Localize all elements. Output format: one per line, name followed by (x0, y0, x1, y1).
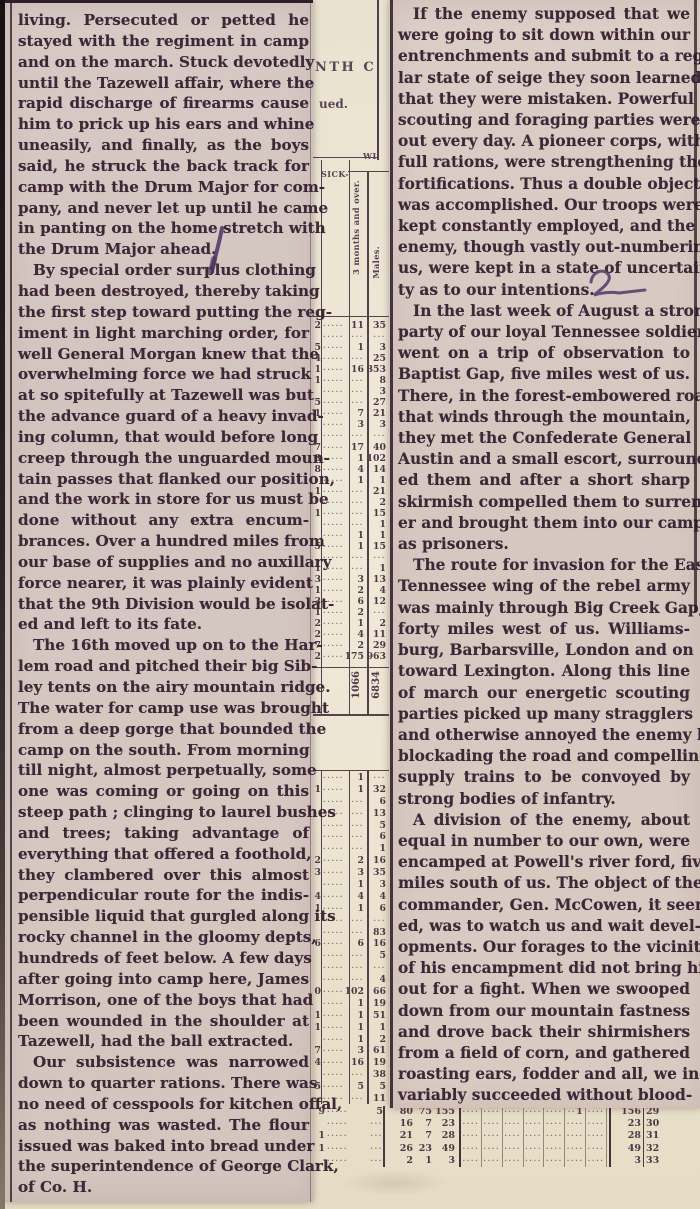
table-cell: 25 (366, 353, 386, 364)
article-text-line: toward Lexington. Along this line (398, 661, 690, 682)
article-text-line: until the Tazewell affair, where the (18, 73, 309, 94)
table-cell: 3 (435, 1155, 455, 1167)
article-text-line: Tennessee wing of the rebel army (398, 576, 690, 597)
table-cell: 16 (340, 364, 364, 375)
table-cell: ··· (366, 430, 386, 441)
article-text-line: perpendicular route for the indis- (18, 885, 309, 906)
dotted-leader: ··· (373, 773, 386, 782)
dotted-leader: ··· (351, 809, 364, 818)
article-text-line: The route for invasion for the East (398, 555, 690, 576)
article-text-line: strong bodies of infantry. (398, 789, 690, 810)
table-cell: ···· (544, 1130, 565, 1142)
table-cell: 1 (366, 530, 386, 541)
table-cell: 16 (366, 938, 386, 950)
table-cell: 2 (366, 618, 386, 629)
article-text-line: down from our mountain fastness (398, 1001, 690, 1022)
table-cell: ···· (482, 1155, 503, 1167)
article-text-line: Austin and a small escort, surround- (398, 449, 690, 470)
census-table-bottom-rows: 9·····58075155······················1···… (313, 1106, 668, 1172)
article-text-line: was mainly through Big Creek Gap, (398, 598, 690, 619)
rotated-header-3-months: 3 months and over. (351, 180, 361, 316)
article-text-line: steep path ; clinging to laurel bushes (18, 802, 309, 823)
table-cell: 1 (313, 1143, 325, 1155)
article-text-line: equal in number to our own, were (398, 831, 690, 852)
article-text-line: forty miles west of us. Williams- (398, 619, 690, 640)
table-row: ·····12 (313, 1034, 390, 1046)
article-text-line: at so spitefully at Tazewell was but (18, 385, 309, 406)
article-text-line: party of our loyal Tennessee soldiers (398, 322, 690, 343)
article-text-line: ing column, that would before long (18, 427, 309, 448)
table-cell: 1 (340, 998, 364, 1010)
dotted-leader: ··· (351, 431, 364, 440)
table-cell: 12 (366, 596, 386, 607)
table-cell: ···· (461, 1118, 482, 1130)
table-row: ·····119 (313, 998, 390, 1010)
table-cell: ··· (355, 1155, 385, 1167)
table-cell: 4 (366, 585, 386, 596)
table-row: 4·····44 (313, 891, 390, 903)
table-cell: 5 (355, 1106, 385, 1118)
table-row: ·····33 (313, 419, 390, 430)
dotted-leader: ··· (351, 498, 364, 507)
article-text-line: out every day. A pioneer corps, with (398, 131, 690, 152)
dotted-leader: ··· (351, 844, 364, 853)
table-cell: 16 (387, 1118, 413, 1130)
table-cell: 2 (366, 1034, 386, 1046)
table-cell: ··· (340, 915, 364, 927)
table-row: 2·····216 (313, 855, 390, 867)
article-text-line: and on the march. Stuck devotedly (18, 52, 309, 73)
table-cell: 1 (313, 1130, 325, 1142)
article-text-line: Tazewell, had the ball extracted. (18, 1031, 309, 1052)
table-cell: 1 (313, 784, 321, 796)
table-cell: ··· (340, 1069, 364, 1081)
left-clipping: living. Persecuted or petted hestayed wi… (5, 0, 313, 1202)
table-cell: 102 (340, 986, 364, 998)
table-cell: 1 (340, 342, 364, 353)
table-cell: 1 (340, 618, 364, 629)
table-row: 4········25 (313, 353, 390, 364)
table-rule (377, 0, 379, 160)
article-text-line: from a field of corn, and gathered (398, 1043, 690, 1064)
table-cell: ··· (340, 430, 364, 441)
article-text-line: commander, Gen. McCowen, it seem- (398, 895, 690, 916)
table-cell: 2 (340, 607, 364, 618)
rotated-header-males: Males. (371, 246, 381, 316)
table-cell: 1 (366, 475, 386, 486)
table-cell: ··· (340, 831, 364, 843)
scan-edge-left (0, 0, 5, 1209)
table-cell: 102 (366, 453, 386, 464)
table-row: ········5 (313, 950, 390, 962)
table-cell: ···· (524, 1118, 545, 1130)
table-cell: ···· (524, 1130, 545, 1142)
table-cell: 21 (366, 408, 386, 419)
column-group-header-sick: SICK- (321, 169, 349, 179)
article-text-line: of Co. H. (18, 1177, 309, 1198)
table-cell: ··· (340, 375, 364, 386)
table-cell: ···· (544, 1143, 565, 1155)
table-cell: 33 (643, 1155, 668, 1167)
table-cell: ···· (503, 1130, 524, 1142)
table-row: 4·····1619 (313, 1057, 390, 1069)
table-cell: 4 (313, 1057, 321, 1069)
dotted-leader: ··· (351, 821, 364, 830)
table-cell: 19 (366, 1057, 386, 1069)
table-row: 2·····175963 (313, 651, 390, 662)
article-text-line: There, in the forest-embowered road (398, 386, 690, 407)
article-text-line: A division of the enemy, about (398, 810, 690, 831)
table-cell: 4 (366, 974, 386, 986)
article-text-line: Morrison, one of the boys that had (18, 990, 309, 1011)
table-row: ········4 (313, 974, 390, 986)
dotted-leader: ··· (351, 975, 364, 984)
table-cell: 11 (366, 1093, 386, 1105)
table-cell: ···· (544, 1118, 565, 1130)
article-text-line: as nothing was wasted. The flour (18, 1115, 309, 1136)
table-cell: ···· (565, 1155, 586, 1167)
table-cell: 0 (313, 986, 321, 998)
article-text-line: been wounded in the shoulder at (18, 1011, 309, 1032)
table-cell: 19 (366, 998, 386, 1010)
dotted-leader: ··· (351, 916, 364, 925)
table-row: 0·····10266 (313, 986, 390, 998)
article-text-line: burg, Barbarsville, London and on (398, 640, 690, 661)
table-cell: 175 (340, 651, 364, 662)
table-cell: 1 (313, 375, 321, 386)
table-row: 6·····616 (313, 938, 390, 950)
table-cell: ··· (366, 331, 386, 342)
table-cell: ··· (340, 552, 364, 563)
table-cell: 4 (340, 464, 364, 475)
table-cell: 1 (340, 475, 364, 486)
table-cell: 13 (366, 808, 386, 820)
dotted-leader: ··· (351, 376, 364, 385)
table-cell: 3 (340, 419, 364, 430)
dotted-leader: ··· (351, 928, 364, 937)
article-text-line: opments. Our forages to the vicinity (398, 937, 690, 958)
table-row: ········6 (313, 831, 390, 843)
column-rule (390, 0, 393, 1108)
table-cell: ··· (340, 353, 364, 364)
article-text-line: that the 9th Division would be isolat- (18, 594, 309, 615)
table-cell: 3 (313, 574, 321, 585)
dotted-leader: ··· (351, 553, 364, 562)
table-cell: ··· (340, 486, 364, 497)
article-text-line: him to prick up his ears and whine (18, 114, 309, 135)
article-text-line: that they were mistaken. Powerful (398, 89, 690, 110)
table-cell: ··· (340, 331, 364, 342)
article-text-line: ed, was to watch us and wait devel- (398, 916, 690, 937)
article-text-line: variably succeeded without blood- (398, 1085, 690, 1106)
dotted-leader: ··· (351, 387, 364, 396)
table-cell: ···· (586, 1118, 607, 1130)
table-cell: 3 (366, 879, 386, 891)
article-text-line: and the work in store for us must be (18, 489, 309, 510)
article-text-line: fortifications. Thus a double object (398, 174, 690, 195)
table-cell: ··· (366, 607, 386, 618)
table-cell: ···· (586, 1155, 607, 1167)
table-row: 5·····55 (313, 1081, 390, 1093)
dotted-leader: ··· (370, 1156, 383, 1165)
table-cell: 15 (366, 541, 386, 552)
article-text-line: and otherwise annoyed the enemy by (398, 725, 690, 746)
table-row: 2·····411 (313, 629, 390, 640)
table-cell: ··· (340, 1093, 364, 1105)
dotted-leader: ··· (351, 951, 364, 960)
table-cell: 14 (366, 464, 386, 475)
article-text-line: and trees; taking advantage of (18, 823, 309, 844)
dotted-leader: ··· (373, 431, 386, 440)
table-cell: 6 (340, 938, 364, 950)
table-cell: 16 (366, 855, 386, 867)
article-text-line: The 16th moved up on to the Har- (18, 635, 309, 656)
article-text-line: after going into camp here, James (18, 969, 309, 990)
table-cell: 3 (340, 867, 364, 879)
table-cell: ··· (355, 1118, 385, 1130)
dotted-cells-zone: ···························· (459, 1118, 607, 1130)
article-text-line: Our subsistence was narrowed (18, 1052, 309, 1073)
table-section-2: ·····1···1·····132········6········13···… (313, 772, 390, 1105)
table-cell: 40 (366, 442, 386, 453)
table-cell: 1 (340, 784, 364, 796)
column-total-1: 1066 (351, 671, 362, 713)
column-rule (10, 3, 12, 1202)
article-text-line: roasting ears, fodder and all, we in- (398, 1064, 690, 1085)
table-cell: 5 (366, 950, 386, 962)
article-text-line: creep through the unguarded moun- (18, 448, 309, 469)
article-text-line: well General Morgan knew that the (18, 344, 309, 365)
table-cell: 21 (366, 486, 386, 497)
table-rule (313, 770, 390, 771)
article-text-line: ed and left to its fate. (18, 614, 309, 635)
table-cell: ··· (340, 950, 364, 962)
table-cell: 3 (609, 1155, 641, 1167)
table-row: 1·····16353 (313, 364, 390, 375)
table-cell: 16 (340, 1057, 364, 1069)
article-text-line: iment in light marching order, for (18, 323, 309, 344)
left-column-text: living. Persecuted or petted hestayed wi… (18, 10, 309, 1198)
table-cell: ···· (565, 1143, 586, 1155)
table-cell: 1 (416, 1155, 432, 1167)
article-text-line: miles south of us. The object of their (398, 873, 690, 894)
table-cell: ···· (565, 1130, 586, 1142)
article-text-line: pany, and never let up until he came (18, 198, 309, 219)
table-cell: 5 (340, 1081, 364, 1093)
table-cell: 35 (366, 867, 386, 879)
article-text-line: overwhelming force we had struck (18, 364, 309, 385)
article-text-line: ty as to our intentions. (398, 280, 690, 301)
table-cell: ··· (340, 796, 364, 808)
table-cell: 49 (609, 1143, 641, 1155)
table-cell: 61 (366, 1045, 386, 1057)
rotated-header-text: 3 months and over. (351, 180, 361, 275)
dotted-leader: ··· (351, 509, 364, 518)
article-text-line: the advance guard of a heavy invad- (18, 406, 309, 427)
table-cell: 1 (340, 530, 364, 541)
article-text-line: out for a fight. When we swooped (398, 979, 690, 1000)
dotted-leader: ··· (351, 1094, 364, 1103)
dotted-leader: ··· (351, 332, 364, 341)
table-cell: 30 (643, 1118, 668, 1130)
dotted-leader: ··· (351, 832, 364, 841)
masthead-fragment: NTH C (315, 60, 376, 75)
table-cell: ···· (503, 1118, 524, 1130)
table-cell: 4 (340, 629, 364, 640)
table-cell: 23 (609, 1118, 641, 1130)
article-text-line: as prisoners. (398, 534, 690, 555)
table-cell: ···· (482, 1130, 503, 1142)
table-cell: 28 (609, 1130, 641, 1142)
table-cell: 1 (340, 1022, 364, 1034)
table-cell: ··· (340, 397, 364, 408)
article-text-line: supply trains to be convoyed by (398, 767, 690, 788)
article-text-line: issued was baked into bread under (18, 1136, 309, 1157)
table-cell: 5 (366, 820, 386, 832)
table-rule (348, 171, 390, 172)
table-cell: 1 (313, 1010, 321, 1022)
rotated-header-text: Males. (371, 246, 381, 279)
dotted-leader: ··· (370, 1119, 383, 1128)
table-cell: 3 (340, 574, 364, 585)
article-text-line: blockading the road and compelling (398, 746, 690, 767)
article-text-line: pensible liquid that gurgled along its (18, 906, 309, 927)
dotted-cells-zone: ···························· (459, 1130, 607, 1142)
table-cell: ··· (340, 808, 364, 820)
table-cell: ··· (366, 552, 386, 563)
table-cell: 1 (340, 879, 364, 891)
table-cell: ··· (340, 820, 364, 832)
table-cell: 31 (643, 1130, 668, 1142)
table-row: 1········262349·························… (313, 1143, 668, 1155)
table-row: ·····1··· (313, 772, 390, 784)
article-text-line: of his encampment did not bring him (398, 958, 690, 979)
table-cell: ··· (355, 1130, 385, 1142)
article-text-line: went on a trip of observation to (398, 343, 690, 364)
table-cell: ··· (366, 962, 386, 974)
article-text-line: lar state of seige they soon learned (398, 68, 690, 89)
dotted-leader: ··· (351, 1070, 364, 1079)
table-cell: 6 (366, 903, 386, 915)
table-cell: 1 (340, 1034, 364, 1046)
total-text: 1066 (351, 671, 362, 699)
table-row: ········3 (313, 386, 390, 397)
table-cell: ··· (340, 974, 364, 986)
table-cell: ···· (461, 1155, 482, 1167)
article-text-line: us, were kept in a state of uncertain- (398, 258, 690, 279)
dotted-leader: ··· (373, 916, 386, 925)
article-text-line: kept constantly employed, and the (398, 216, 690, 237)
article-text-line: ley tents on the airy mountain ridge. (18, 677, 309, 698)
table-cell: 66 (366, 986, 386, 998)
table-cell: 11 (366, 629, 386, 640)
table-row: ········1 (313, 519, 390, 530)
table-row: ········1 (313, 843, 390, 855)
article-text-line: our base of supplies and no auxillary (18, 552, 309, 573)
table-cell: 21 (387, 1130, 413, 1142)
article-text-line: Baptist Gap, five miles west of us. (398, 364, 690, 385)
article-text-line: In the last week of August a strong (398, 301, 690, 322)
table-cell: 27 (366, 397, 386, 408)
dotted-cells-zone: ···························· (459, 1155, 607, 1167)
table-cell: ··· (340, 508, 364, 519)
table-cell: 3 (366, 342, 386, 353)
column-total-2: 6834 (371, 671, 382, 713)
article-text-line: By special order surplus clothing (18, 260, 309, 281)
dotted-leader: ··· (373, 332, 386, 341)
article-text-line: and drove back their shirmishers (398, 1022, 690, 1043)
article-text-line: had been destroyed, thereby taking (18, 281, 309, 302)
table-cell: 3 (366, 419, 386, 430)
article-text-line: lem road and pitched their big Sib- (18, 656, 309, 677)
article-text-line: full rations, were strengthening the (398, 152, 690, 173)
article-text-line: encamped at Powell's river ford, five (398, 852, 690, 873)
article-text-line: down to quarter rations. There was (18, 1073, 309, 1094)
article-text-line: camp on the south. From morning (18, 740, 309, 761)
column-group-header-wi: WI (363, 151, 377, 161)
table-cell: 4 (366, 891, 386, 903)
table-cell: 5 (366, 1081, 386, 1093)
table-cell: ··· (366, 915, 386, 927)
table-cell: ···· (503, 1143, 524, 1155)
table-row: ········38 (313, 1069, 390, 1081)
article-text-line: parties picked up many stragglers (398, 704, 690, 725)
article-text-line: force nearer, it was plainly evident (18, 573, 309, 594)
table-cell: 32 (366, 784, 386, 796)
table-cell: 49 (435, 1143, 455, 1155)
article-text-line: brances. Over a hundred miles from (18, 531, 309, 552)
table-row: ·····13 (313, 879, 390, 891)
table-cell: 3 (366, 386, 386, 397)
article-text-line: scouting and foraging parties were (398, 110, 690, 131)
dotted-leader: ··· (351, 487, 364, 496)
dotted-cells-zone: ···························· (459, 1143, 607, 1155)
table-cell: ···· (524, 1143, 545, 1155)
article-text-line: from a deep gorge that bounded the (18, 719, 309, 740)
table-cell: 83 (366, 927, 386, 939)
table-cell: 7 (313, 1045, 321, 1057)
table-cell: ···· (586, 1143, 607, 1155)
table-cell: ··· (355, 1143, 385, 1155)
article-text-line: hundreds of feet below. A few days (18, 948, 309, 969)
table-cell: 353 (366, 364, 386, 375)
table-cell: 6 (366, 831, 386, 843)
table-cell: ··· (340, 386, 364, 397)
table-cell: 2 (313, 618, 321, 629)
dotted-leader: ····· (327, 1130, 353, 1142)
table-cell: ···· (482, 1143, 503, 1155)
table-row: 3·····313 (313, 574, 390, 585)
table-cell: ···· (586, 1130, 607, 1142)
table-cell: 1 (313, 364, 321, 375)
article-text-line: the Drum Major ahead. (18, 239, 309, 260)
article-text-line: enemy, though vastly out-numbering (398, 237, 690, 258)
dotted-leader: ··· (351, 564, 364, 573)
table-cell: 6 (366, 796, 386, 808)
dotted-leader: ··· (351, 797, 364, 806)
table-cell: 28 (435, 1130, 455, 1142)
table-cell: ··· (340, 927, 364, 939)
table-row: ········83 (313, 927, 390, 939)
table-row: ··········· (313, 962, 390, 974)
article-text-line: they clambered over this almost (18, 865, 309, 886)
table-row: ········16723···························… (313, 1118, 668, 1130)
table-row: 1·····132 (313, 784, 390, 796)
dotted-leader: ··· (373, 553, 386, 562)
article-text-line: that winds through the mountain, (398, 407, 690, 428)
table-cell: 26 (387, 1143, 413, 1155)
table-cell: 32 (643, 1143, 668, 1155)
